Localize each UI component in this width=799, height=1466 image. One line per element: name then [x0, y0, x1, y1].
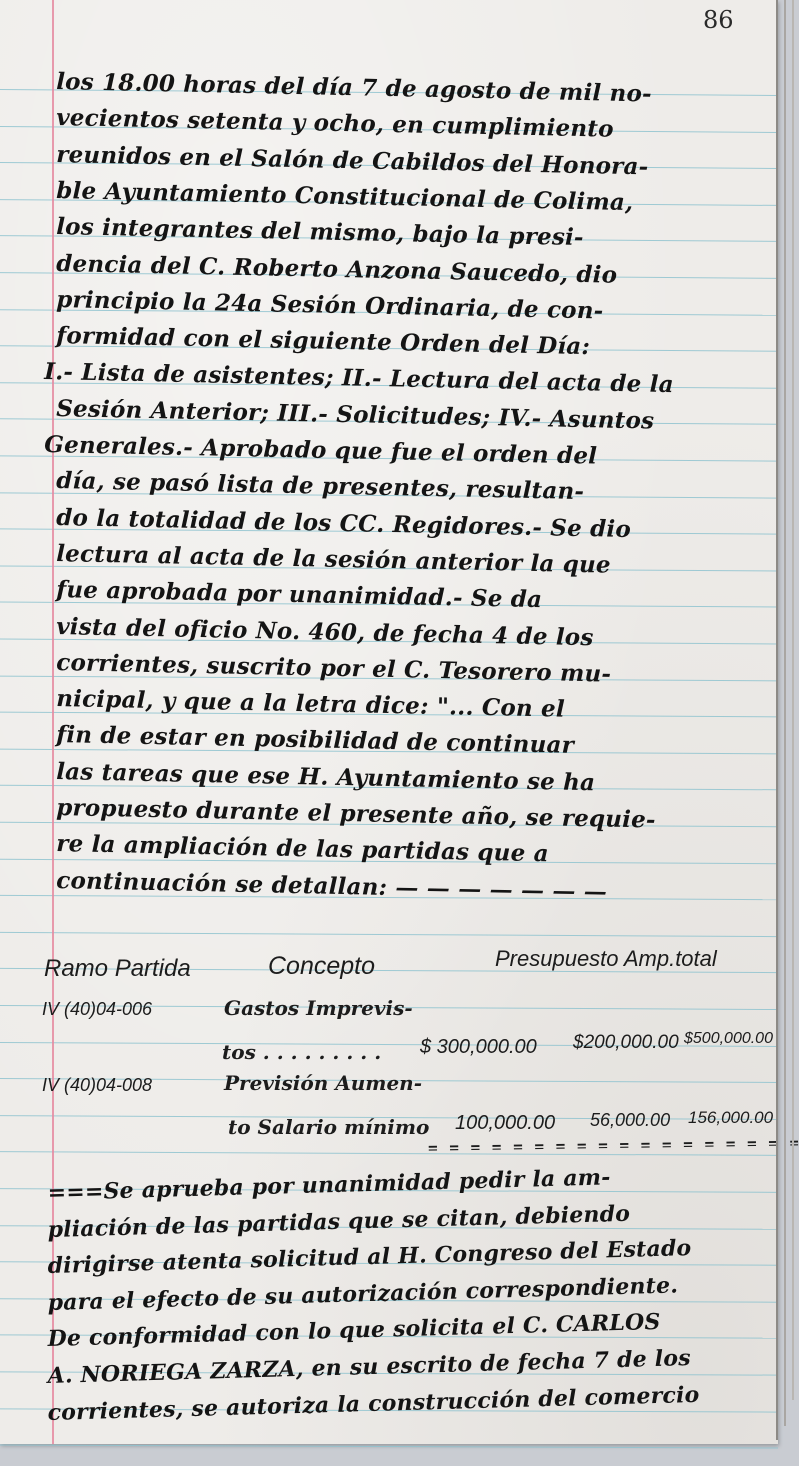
handwritten-line: reunidos en el Salón de Cabildos del Hon… — [56, 141, 649, 180]
handwritten-line: do la totalidad de los CC. Regidores.- S… — [56, 504, 631, 543]
table-row-1-presupuesto: $ 300,000.00 — [420, 1036, 537, 1059]
handwritten-line: ble Ayuntamiento Constitucional de Colim… — [56, 177, 634, 216]
handwritten-line: fue aprobada por unanimidad.- Se da — [56, 576, 542, 613]
handwritten-line: dirigirse atenta solicitud al H. Congres… — [47, 1235, 691, 1279]
handwritten-line: vecientos setenta y ocho, en cumplimient… — [56, 104, 614, 143]
handwritten-line: Sesión Anterior; III.- Solicitudes; IV.-… — [56, 395, 654, 435]
header-partida: Partida — [115, 955, 191, 982]
page-edge — [784, 0, 786, 1426]
page-number: 86 — [703, 6, 734, 34]
handwritten-line: propuesto durante el presente año, se re… — [56, 794, 656, 834]
table-row-2-concepto-2: to Salario mínimo — [228, 1115, 429, 1139]
header-ramo: Ramo — [44, 955, 108, 982]
handwritten-line: pliación de las partidas que se citan, d… — [47, 1200, 630, 1242]
handwritten-line: re la ampliación de las partidas que a — [56, 830, 549, 867]
table-row-2-ramo-partida: IV (40)04-008 — [42, 1075, 152, 1096]
page-edge — [776, 0, 778, 1440]
handwritten-line: A. NORIEGA ZARZA, en su escrito de fecha… — [47, 1345, 691, 1389]
handwritten-line: dencia del C. Roberto Anzona Saucedo, di… — [56, 250, 617, 289]
table-row-1-ampliacion: $200,000.00 — [573, 1032, 679, 1054]
table-header-amounts: Presupuesto Amp.total — [495, 946, 717, 972]
table-row-1-concepto-1: Gastos Imprevis- — [224, 996, 413, 1020]
handwritten-line: día, se pasó lista de presentes, resulta… — [56, 467, 584, 505]
handwritten-line: formidad con el siguiente Orden del Día: — [56, 322, 590, 360]
handwritten-line: fin de estar en posibilidad de continuar — [56, 721, 574, 759]
table-closing-rule: = = = = = = = = = = = = = = = = = = = = … — [428, 1133, 798, 1150]
table-row-1-ramo-partida: IV (40)04-006 — [42, 999, 152, 1020]
header-ampliacion: Amp. — [624, 946, 675, 971]
handwritten-line: principio la 24a Sesión Ordinaria, de co… — [56, 286, 604, 324]
handwritten-line: los 18.00 horas del día 7 de agosto de m… — [56, 68, 652, 107]
handwritten-line: nicipal, y que a la letra dice: "... Con… — [56, 685, 565, 723]
table-row-1-total: $500,000.00 — [684, 1030, 773, 1048]
handwritten-line: De conformidad con lo que solicita el C.… — [47, 1309, 661, 1352]
handwritten-line: los integrantes del mismo, bajo la presi… — [56, 213, 584, 251]
table-row-2-concepto-1: Previsión Aumen- — [224, 1071, 422, 1095]
handwritten-line: las tareas que ese H. Ayuntamiento se ha — [56, 758, 595, 796]
table-row-1-concepto-2: tos . . . . . . . . . — [222, 1040, 381, 1064]
handwritten-line: corrientes, suscrito por el C. Tesorero … — [56, 649, 611, 688]
handwritten-line: continuación se detallan: — — — — — — — — [56, 867, 607, 906]
rule-line — [0, 1152, 778, 1157]
table-row-2-ampliacion: 56,000.00 — [590, 1110, 670, 1131]
handwritten-line: I.- Lista de asistentes; II.- Lectura de… — [44, 358, 674, 398]
handwritten-line: vista del oficio No. 460, de fecha 4 de … — [56, 613, 594, 651]
handwritten-line: ===Se aprueba por unanimidad pedir la am… — [47, 1164, 611, 1206]
header-total: total — [675, 946, 717, 971]
table-header-ramo-partida: Ramo Partida — [44, 955, 191, 983]
handwritten-line: lectura al acta de la sesión anterior la… — [56, 540, 611, 579]
header-presupuesto: Presupuesto — [495, 946, 619, 971]
handwritten-line: corrientes, se autoriza la construcción … — [47, 1381, 700, 1425]
table-row-2-presupuesto: 100,000.00 — [455, 1112, 555, 1135]
handwritten-line: para el efecto de su autorización corres… — [47, 1272, 678, 1316]
rule-line — [0, 1445, 778, 1449]
page-edge — [792, 0, 794, 1400]
ledger-page: 86 los 18.00 horas del día 7 de agosto d… — [0, 0, 778, 1444]
table-header-concepto: Concepto — [268, 952, 375, 981]
rule-line — [0, 932, 778, 937]
table-row-2-total: 156,000.00 — [688, 1108, 773, 1128]
handwritten-line: Generales.- Aprobado que fue el orden de… — [44, 431, 597, 470]
